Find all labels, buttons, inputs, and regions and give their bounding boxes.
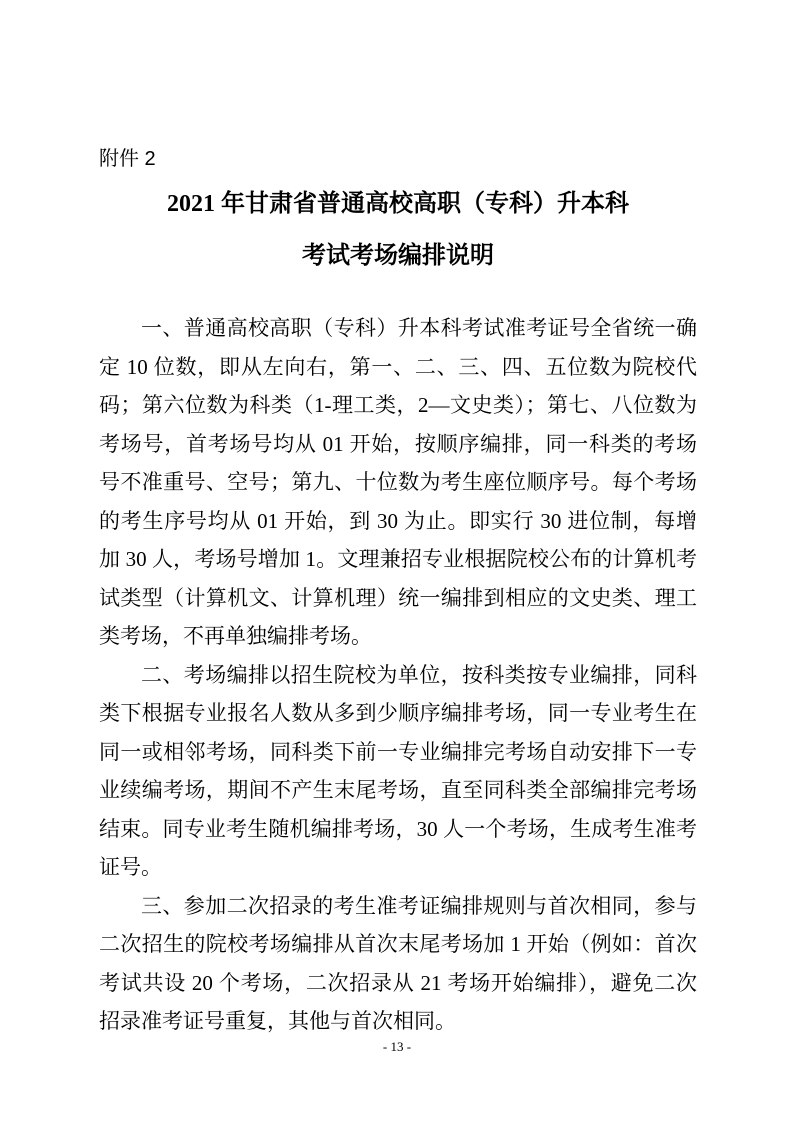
paragraph-3: 三、参加二次招录的考生准考证编排规则与首次相同，参与二次招生的院校考场编排从首次…	[99, 887, 697, 1041]
document-body: 一、普通高校高职（专科）升本科考试准考证号全省统一确定 10 位数，即从左向右，…	[99, 309, 697, 1041]
paragraph-1: 一、普通高校高职（专科）升本科考试准考证号全省统一确定 10 位数，即从左向右，…	[99, 309, 697, 656]
document-title-line-1: 2021 年甘肃省普通高校高职（专科）升本科	[99, 178, 697, 230]
paragraph-2: 二、考场编排以招生院校为单位，按科类按专业编排，同科类下根据专业报名人数从多到少…	[99, 656, 697, 887]
document-title: 2021 年甘肃省普通高校高职（专科）升本科 考试考场编排说明	[99, 178, 697, 282]
attachment-label: 附件 2	[99, 146, 156, 172]
page-number: - 13 -	[0, 1038, 794, 1056]
document-page: 附件 2 2021 年甘肃省普通高校高职（专科）升本科 考试考场编排说明 一、普…	[0, 0, 794, 1123]
document-title-line-2: 考试考场编排说明	[99, 230, 697, 282]
